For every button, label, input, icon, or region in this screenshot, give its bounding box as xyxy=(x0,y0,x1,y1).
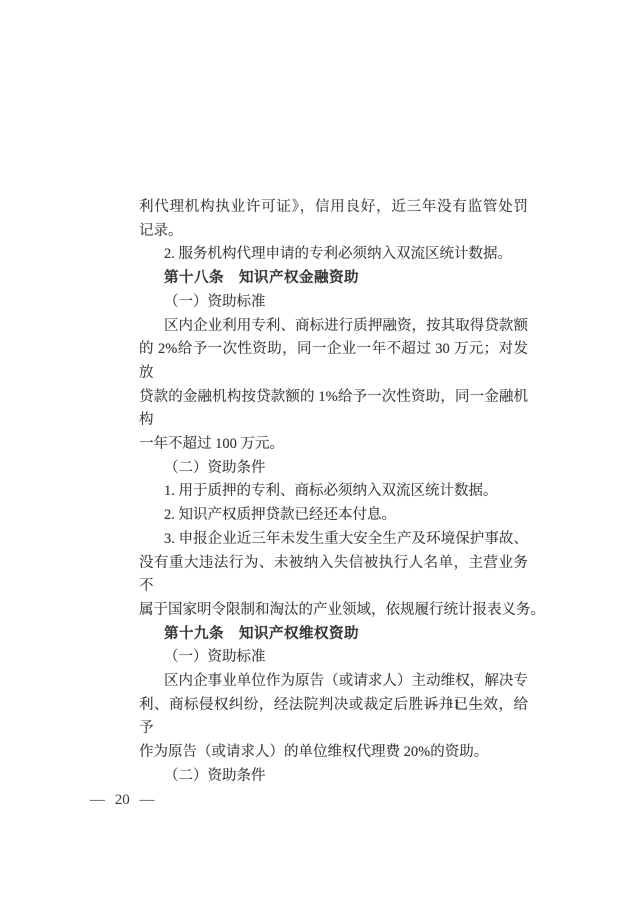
article-19-heading: 第十九条 知识产权维权资助 xyxy=(139,623,528,647)
article-18-heading: 第十八条 知识产权金融资助 xyxy=(139,267,528,291)
list-item-line: 1. 用于质押的专利、商标必须纳入双流区统计数据。 xyxy=(139,480,528,504)
subsection-heading: （二）资助条件 xyxy=(139,457,528,481)
text-line: 区内企业利用专利、商标进行质押融资，按其取得贷款额 xyxy=(139,315,528,339)
list-item-line: 3. 申报企业近三年未发生重大安全生产及环境保护事故、 xyxy=(139,528,528,552)
text-line: 记录。 xyxy=(139,220,528,244)
subsection-heading: （二）资助条件 xyxy=(139,765,528,789)
text-line: 贷款的金融机构按贷款额的 1%给予一次性资助，同一金融机构 xyxy=(139,386,528,433)
text-line: 属于国家明令限制和淘汰的产业领域，依规履行统计报表义务。 xyxy=(139,599,528,623)
list-item-line: 2. 知识产权质押贷款已经还本付息。 xyxy=(139,504,528,528)
document-page: 利代理机构执业许可证》，信用良好，近三年没有监管处罚 记录。 2. 服务机构代理… xyxy=(0,0,636,900)
text-line: 的 2%给予一次性资助，同一企业一年不超过 30 万元；对发放 xyxy=(139,338,528,385)
sheet-page-number: — 20 — xyxy=(90,792,155,809)
text-line: 作为原告（或请求人）的单位维权代理费 20%的资助。 xyxy=(139,741,528,765)
text-line: 没有重大违法行为、未被纳入失信被执行人名单，主营业务不 xyxy=(139,552,528,599)
text-line: 一年不超过 100 万元。 xyxy=(139,433,528,457)
text-line: 区内企事业单位作为原告（或请求人）主动维权，解决专 xyxy=(139,670,528,694)
list-item-line: 2. 服务机构代理申请的专利必须纳入双流区统计数据。 xyxy=(139,243,528,267)
text-line: 利代理机构执业许可证》，信用良好，近三年没有监管处罚 xyxy=(139,196,528,220)
subsection-heading: （一）资助标准 xyxy=(139,646,528,670)
doc-page-number: — 11 — xyxy=(425,697,483,713)
subsection-heading: （一）资助标准 xyxy=(139,291,528,315)
